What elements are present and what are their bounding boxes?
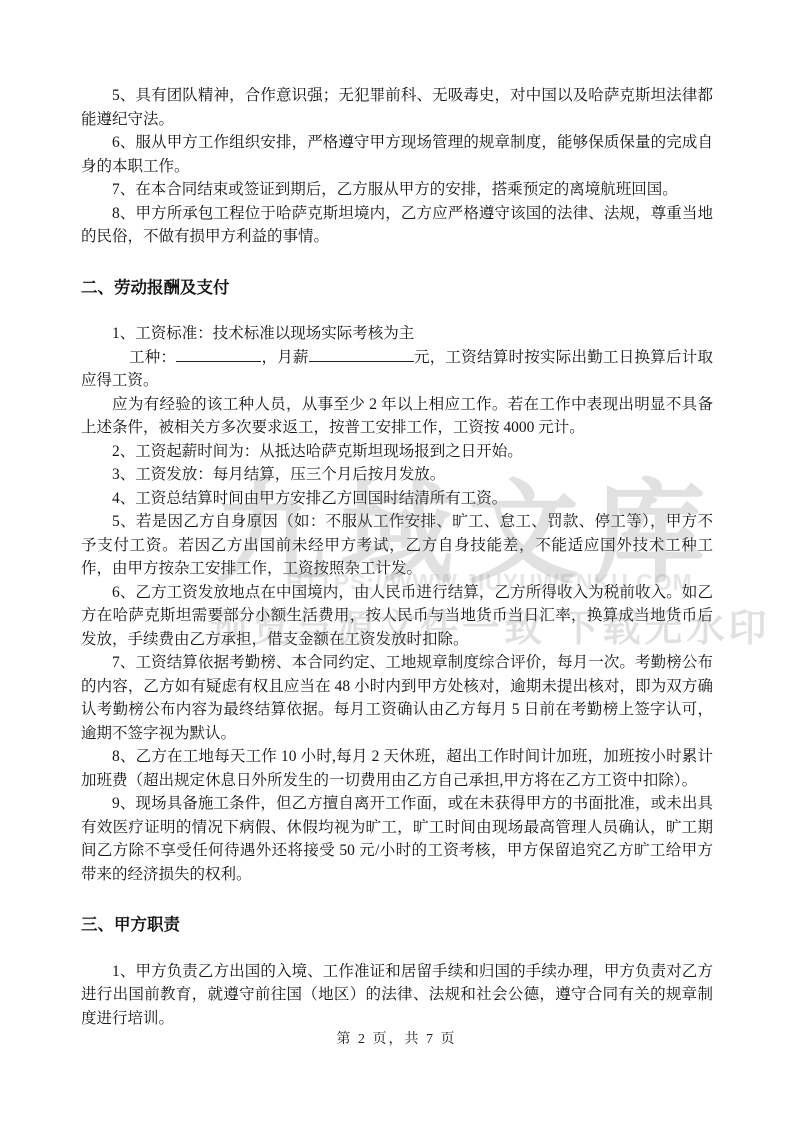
paragraph: 7、工资结算依据考勤榜、本合同约定、工地规章制度综合评价，每月一次。考勤榜公布的… — [81, 651, 713, 745]
paragraph-text: 工种： — [129, 349, 176, 366]
paragraph: 8、乙方在工地每天工作 10 小时,每月 2 天休班，超出工作时间计加班，加班按… — [81, 745, 713, 792]
blank-underline — [176, 348, 261, 362]
paragraph: 3、工资发放：每月结算，压三个月后按月发放。 — [81, 463, 713, 487]
paragraph: 9、现场具备施工条件，但乙方擅自离开工作面，或在未获得甲方的书面批准，或未出具有… — [81, 792, 713, 886]
page-number-footer: 第 2 页，共 7 页 — [0, 1028, 793, 1048]
paragraph: 6、服从甲方工作组织安排，严格遵守甲方现场管理的规章制度，能够保质保量的完成自身… — [81, 131, 713, 178]
paragraph: 7、在本合同结束或签证到期后，乙方服从甲方的安排，搭乘预定的离境航班回国。 — [81, 178, 713, 202]
paragraph: 6、乙方工资发放地点在中国境内，由人民币进行结算，乙方所得收入为税前收入。如乙方… — [81, 581, 713, 652]
paragraph: 1、工资标准：技术标准以现场实际考核为主 — [81, 322, 713, 346]
blank-underline — [309, 348, 414, 362]
paragraph: 工种：，月薪元，工资结算时按实际出勤工日换算后计取应得工资。 — [81, 346, 713, 393]
paragraph: 4、工资总结算时间由甲方安排乙方回国时结清所有工资。 — [81, 487, 713, 511]
paragraph: 2、工资起薪时间为：从抵达哈萨克斯坦现场报到之日开始。 — [81, 440, 713, 464]
document-page: 5、具有团队精神，合作意识强；无犯罪前科、无吸毒史，对中国以及哈萨克斯坦法律都能… — [0, 0, 793, 1122]
paragraph: 5、具有团队精神，合作意识强；无犯罪前科、无吸毒史，对中国以及哈萨克斯坦法律都能… — [81, 84, 713, 131]
paragraph-text: ，月薪 — [261, 349, 309, 366]
paragraph: 1、甲方负责乙方出国的入境、工作准证和居留手续和归国的手续办理，甲方负责对乙方进… — [81, 960, 713, 1031]
section-heading: 三、甲方职责 — [81, 913, 713, 937]
section-heading: 二、劳动报酬及支付 — [81, 276, 713, 300]
paragraph: 5、若是因乙方自身原因（如：不服从工作安排、旷工、怠工、罚款、停工等），甲方不予… — [81, 510, 713, 581]
paragraph: 应为有经验的该工种人员，从事至少 2 年以上相应工作。若在工作中表现出明显不具备… — [81, 393, 713, 440]
document-body: 5、具有团队精神，合作意识强；无犯罪前科、无吸毒史，对中国以及哈萨克斯坦法律都能… — [81, 84, 713, 1030]
paragraph: 8、甲方所承包工程位于哈萨克斯坦境内，乙方应严格遵守该国的法律、法规，尊重当地的… — [81, 202, 713, 249]
